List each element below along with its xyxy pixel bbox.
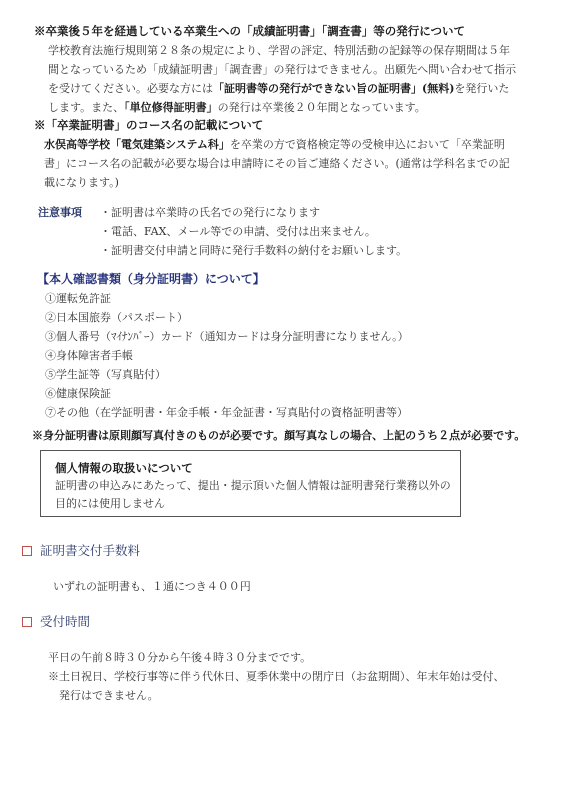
id-document-item: ③個人番号（ﾏｲﾅﾝﾊﾞｰ）カード（通知カードは身分証明書になりません。）: [45, 327, 409, 346]
square-bullet-icon: [22, 617, 32, 627]
hours-line: 平日の午前８時３０分から午後４時３０分までです。: [48, 648, 505, 667]
hours-details: 平日の午前８時３０分から午後４時３０分までです。 ※土日祝日、学校行事等に伴う代…: [48, 648, 505, 705]
section-heading: ※卒業後５年を経過している卒業生への「成績証明書」「調査書」等の発行について: [34, 22, 516, 41]
section-heading: ※「卒業証明書」のコース名の記載について: [34, 116, 510, 135]
text: の発行は卒業後２０年間となっています。: [218, 101, 426, 114]
id-document-item: ①運転免許証: [45, 289, 409, 308]
paragraph-line: を受けてください。必要な方には「証明書等の発行ができない旨の証明書」(無料)を発…: [48, 79, 516, 98]
note-item: ・証明書は卒業時の氏名での発行になります: [100, 203, 407, 222]
section-heading: 【本人確認書類（身分証明書）について】: [37, 270, 409, 289]
emphasis-text: 「単位修得証明書」: [124, 101, 218, 114]
id-documents-note: ※身分証明書は原則顔写真付きのものが必要です。顔写真なしの場合、上記のうち２点が…: [32, 426, 525, 445]
fee-section-title: 証明書交付手数料: [22, 541, 140, 560]
hours-line: 発行はできません。: [48, 686, 505, 705]
id-document-item: ⑥健康保険証: [45, 384, 409, 403]
text: を受けてください。必要な方には: [48, 82, 213, 95]
hours-line: ※土日祝日、学校行事等に伴う代休日、夏季休業中の閉庁日（お盆期間）、年末年始は受…: [48, 667, 505, 686]
section-title-text: 受付時間: [40, 614, 90, 629]
paragraph-line: 載になります。): [44, 173, 510, 192]
emphasis-text: 「証明書等の発行ができない旨の証明書」(無料): [213, 82, 454, 95]
id-document-item: ④身体障害者手帳: [45, 346, 409, 365]
privacy-line: 証明書の申込みにあたって、提出・提示頂いた個人情報は証明書発行業務以外の: [55, 477, 460, 495]
section-course-name: ※「卒業証明書」のコース名の記載について 水俣高等学校「電気建築システム科」を卒…: [34, 116, 510, 192]
paragraph-line: 水俣高等学校「電気建築システム科」を卒業の方で資格検定等の受検申込において「卒業…: [44, 135, 510, 154]
paragraph-line: 書」にコース名の記載が必要な場合は申請時にその旨ご連絡ください。(通常は学科名ま…: [44, 154, 510, 173]
privacy-notice-box: 個人情報の取扱いについて 証明書の申込みにあたって、提出・提示頂いた個人情報は証…: [40, 450, 461, 517]
text: を発行いた: [454, 82, 509, 95]
privacy-title: 個人情報の取扱いについて: [55, 459, 460, 477]
privacy-line: 目的には使用しません: [55, 495, 460, 513]
emphasis-text: 水俣高等学校「電気建築システム科」: [44, 138, 230, 151]
square-bullet-icon: [22, 546, 32, 556]
paragraph-line: 間となっているため「成績証明書」「調査書」の発行はできません。出願先へ問い合わせ…: [48, 60, 516, 79]
paragraph-line: 学校教育法施行規則第２８条の規定により、学習の評定、特別活動の記録等の保存期間は…: [48, 41, 516, 60]
note-item: ・証明書交付申請と同時に発行手数料の納付をお願いします。: [100, 241, 407, 260]
text: を卒業の方で資格検定等の受検申込において「卒業証明: [230, 138, 505, 151]
id-document-item: ⑦その他（在学証明書・年金手帳・年金証書・写真貼付の資格証明書等）: [45, 403, 409, 422]
paragraph-line: します。また、「単位修得証明書」の発行は卒業後２０年間となっています。: [48, 98, 516, 117]
notes-label: 注意事項: [38, 203, 82, 222]
id-document-item: ⑤学生証等（写真貼付）: [45, 365, 409, 384]
id-documents-section: 【本人確認書類（身分証明書）について】 ①運転免許証 ②日本国旅券（パスポート）…: [37, 270, 409, 422]
hours-section-title: 受付時間: [22, 612, 90, 631]
note-item: ・電話、FAX、メール等での申請、受付は出来ません。: [100, 222, 407, 241]
text: します。また、: [48, 101, 124, 114]
section-title-text: 証明書交付手数料: [40, 543, 140, 558]
id-document-item: ②日本国旅券（パスポート）: [45, 308, 409, 327]
section-grade-certificate: ※卒業後５年を経過している卒業生への「成績証明書」「調査書」等の発行について 学…: [34, 22, 516, 117]
fee-text: いずれの証明書も、１通につき４００円: [53, 577, 251, 596]
